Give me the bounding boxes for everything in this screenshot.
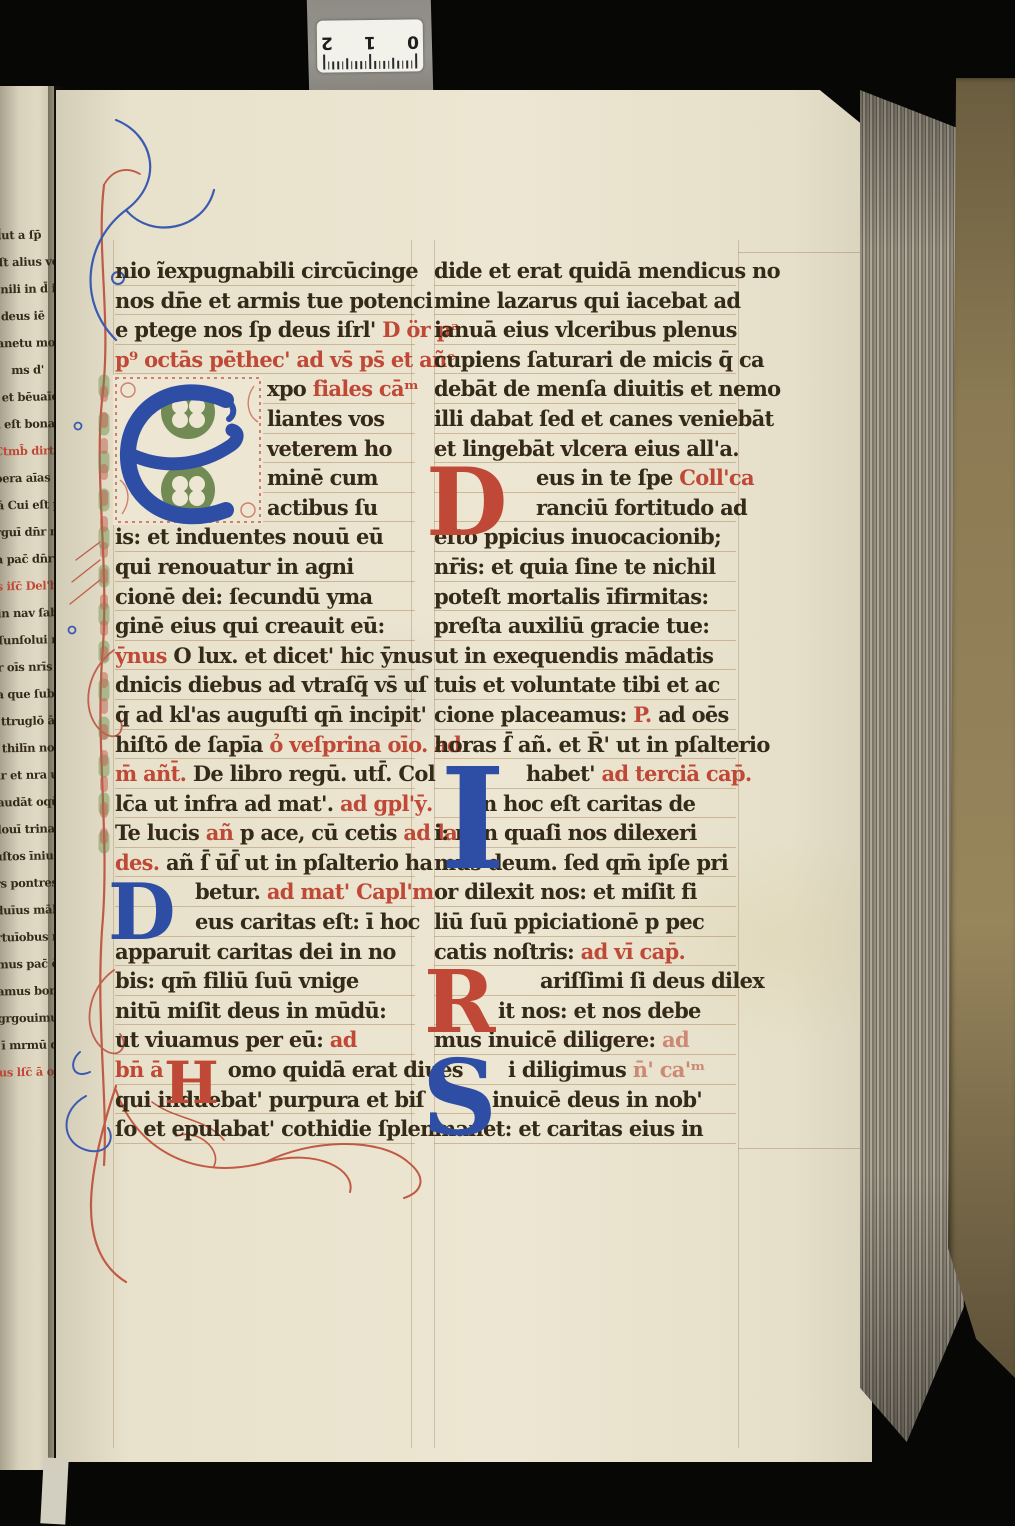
text-segment: p⁹ octās pēthec' ad vs̄ ps̄ et añᵉ xyxy=(115,347,455,372)
text-segment: cionē dei: ſecundū yma xyxy=(115,584,372,609)
text-line: bn̄ ā omo quidā erat diues xyxy=(115,1055,415,1085)
text-line: nos dn̄e et armis tue potenci xyxy=(115,286,415,316)
text-line: poteſt mortalis īfirmitas: xyxy=(434,582,736,612)
ruler-tick xyxy=(365,61,367,69)
facing-text-fragment: rs pontres tr xyxy=(0,869,54,897)
facing-text-fragment: s eſt alius vou xyxy=(0,248,42,276)
text-line: illi dabat ſed et canes veniebāt xyxy=(434,404,736,434)
ruler-tick xyxy=(374,61,376,69)
text-segment: tuis et voluntate tibi et ac xyxy=(434,672,720,697)
text-segment: betur. xyxy=(195,879,267,904)
page-edge-sliver xyxy=(40,1457,68,1524)
illuminated-initial-e xyxy=(112,374,264,526)
initial-d-blue: D xyxy=(108,874,176,952)
ruler-tick xyxy=(406,61,408,69)
text-segment: Coll'ca xyxy=(679,465,754,490)
text-segment: illi dabat ſed et canes veniebāt xyxy=(434,406,774,431)
text-segment: habet' xyxy=(526,761,601,786)
facing-text-fragment: ūa eſt bona uā xyxy=(0,410,45,438)
text-segment: preſta auxiliū gracie tue: xyxy=(434,613,709,638)
text-line: tuis et voluntate tibi et ac xyxy=(434,670,736,700)
text-segment: n̄' ca'ᵐ xyxy=(633,1057,705,1082)
book-cover xyxy=(948,78,1015,1378)
text-segment: fiales cāᵐ xyxy=(313,376,419,401)
initial-r-red: R xyxy=(424,960,495,1046)
text-segment: añ ſ̄ ūſ̄ ut in pſalterio ha xyxy=(166,850,432,875)
facing-text-fragment: us lſc̄ ā ơjut xyxy=(0,1058,54,1086)
ruler-tick xyxy=(388,61,390,69)
text-line: ianuā eius vlceribus plenus xyxy=(434,315,736,345)
ruler-number: 2 xyxy=(321,32,333,52)
facing-text-fragment: douī trinas xyxy=(0,815,54,843)
text-segment: n hoc eſt caritas de xyxy=(482,791,695,816)
text-line: liū ſuū ppiciationē p pec xyxy=(434,907,736,937)
facing-text-fragment: ubera aīas tib̄ xyxy=(0,464,47,492)
text-line: is: et induentes nouū eū xyxy=(115,522,415,552)
text-line: bis: qm̄ filiū ſuū vnige xyxy=(115,966,415,996)
facing-text-fragment: us nili in d̄ iē xyxy=(0,275,43,303)
ruler-ticks xyxy=(323,52,417,69)
facing-text-fragment: rtuīobus nōl xyxy=(0,923,54,951)
facing-text-fragment: t d̄ut a ſp̄ xyxy=(0,221,42,249)
text-segment: ſo et epulabat' cothidie ſplen xyxy=(115,1116,435,1141)
text-segment: is: et induentes nouū eū xyxy=(115,524,383,549)
text-segment: p ace, cū cetis xyxy=(240,820,404,845)
text-segment: ranciū fortitudo ad xyxy=(536,495,747,520)
ruler-tick xyxy=(323,55,325,70)
text-segment: ad xyxy=(330,1027,357,1052)
facing-text-fragment: amus bona tr xyxy=(0,977,54,1005)
facing-text-fragment: uin nav ſabbō xyxy=(0,599,49,627)
facing-text-fragment: t ſunſolui m̄ xyxy=(0,626,50,654)
text-segment: ariſſimi ſi deus dilex xyxy=(540,968,764,993)
text-segment: liū ſuū ppiciationē p pec xyxy=(434,909,704,934)
text-segment: ȳnus xyxy=(115,643,173,668)
text-line: Te lucis añ p ace, cū cetis ad lau xyxy=(115,818,415,848)
text-segment: cione placeamus: xyxy=(434,702,633,727)
manuscript-photo: 012 t d̄ut a ſp̄s eſt alius vouus nili i… xyxy=(0,0,1015,1526)
text-segment: veterem ho xyxy=(267,436,392,461)
facing-text-fragment: t ſanetu modo xyxy=(0,329,44,357)
facing-text-fragment: ar oīs nrīs m̄ xyxy=(0,653,51,681)
text-segment: debāt de menſa diuitis et nemo xyxy=(434,376,780,401)
text-line: dide et erat quidā mendicus no xyxy=(434,256,736,286)
ruler-tick xyxy=(342,61,344,69)
text-segment: nitū miſit deus in mūdū: xyxy=(115,998,386,1023)
ruler-tick xyxy=(351,61,353,69)
text-line: ut viuamus per eū: ad xyxy=(115,1025,415,1055)
text-line: hiſtō de ſapīa ỏ veſprina oīo. ad xyxy=(115,730,415,760)
facing-text-fragment: us deus iē xyxy=(0,302,43,330)
facing-text-fragment: duīus mālō xyxy=(0,896,54,924)
text-segment: ginē eius qui creauit eū: xyxy=(115,613,385,638)
text-segment: inuicē deus in nob' xyxy=(492,1087,702,1112)
ruler-tick xyxy=(402,61,404,69)
initial-i-blue: I xyxy=(440,750,506,890)
text-line: cione placeamus: P. ad oēs xyxy=(434,700,736,730)
ruler-tick xyxy=(360,61,362,69)
facing-text-fragment: as et bēuaīoīs xyxy=(0,383,45,411)
text-segment: bn̄ ā xyxy=(115,1057,170,1082)
text-segment: e ptege nos ſp deus iſrl' xyxy=(115,317,382,342)
text-segment: poteſt mortalis īfirmitas: xyxy=(434,584,708,609)
text-segment: nos dn̄e et armis tue potenci xyxy=(115,288,432,313)
text-segment: minē cum xyxy=(267,465,378,490)
ruler-tick xyxy=(416,53,418,68)
text-segment: m̄ añt̄. xyxy=(115,761,193,786)
text-segment: mine lazarus qui iacebat ad xyxy=(434,288,740,313)
text-line: nio ĩexpugnabili circūcinge xyxy=(115,256,415,286)
ruler-tick xyxy=(346,58,348,69)
text-segment: bis: qm̄ filiū ſuū vnige xyxy=(115,968,359,993)
text-segment: añ xyxy=(206,820,240,845)
ruler-tick xyxy=(369,54,371,69)
facing-text-fragment: laudāt oqūt xyxy=(0,788,53,816)
text-segment: ianuā eius vlceribus plenus xyxy=(434,317,737,342)
facing-page-text: t d̄ut a ſp̄s eſt alius vouus nili in d̄… xyxy=(0,221,54,1086)
text-segment: xpo xyxy=(267,376,313,401)
facing-text-fragment: s thilīn noſtn xyxy=(0,734,52,762)
text-segment: P. xyxy=(633,702,658,727)
text-line: q̄ ad kl'as auguſti qn̄ incipit' xyxy=(115,700,415,730)
facing-text-fragment: s ā Cui eſt p xyxy=(0,491,47,519)
facing-text-fragment: da pac̄ dn̄r u xyxy=(0,545,48,573)
text-line: preſta auxiliū gracie tue: xyxy=(434,611,736,641)
facing-text-fragment: uſtos īnius b̄ xyxy=(0,842,54,870)
text-segment: q̄ ad kl'as auguſti qn̄ incipit' xyxy=(115,702,426,727)
ruler-label: 012 xyxy=(317,19,424,72)
text-line: ut in exequendis mādatis xyxy=(434,641,736,671)
text-segment: liantes vos xyxy=(267,406,384,431)
text-line: ȳnus O lux. et dicet' hic ȳnus xyxy=(115,641,415,671)
initial-d-red: D xyxy=(426,456,508,550)
facing-text-fragment: mus pac̄ ōr̄d xyxy=(0,950,54,978)
text-line: nitū miſit deus in mūdū: xyxy=(115,996,415,1026)
text-segment: ut in exequendis mādatis xyxy=(434,643,713,668)
text-segment: dide et erat quidā mendicus no xyxy=(434,258,780,283)
text-line: e ptege nos ſp deus iſrl' D ör pᵃ xyxy=(115,315,415,345)
text-segment: ut viuamus per eū: xyxy=(115,1027,330,1052)
text-segment: qui induebat' purpura et biſ xyxy=(115,1087,424,1112)
text-line: mine lazarus qui iacebat ad xyxy=(434,286,736,316)
facing-text-fragment: ms d' xyxy=(0,356,44,384)
text-line: ſo et epulabat' cothidie ſplen xyxy=(115,1114,415,1144)
facing-text-fragment: ra que ſub ū xyxy=(0,680,51,708)
ruler-tick xyxy=(383,61,385,69)
initial-s-blue: S xyxy=(422,1046,497,1150)
ruler-tick xyxy=(397,61,399,69)
text-line: qui induebat' purpura et biſ xyxy=(115,1085,415,1115)
text-segment: ỏ veſprina oīo. ad xyxy=(269,732,461,757)
facing-text-fragment: ī mrmū d̄ xyxy=(0,1031,54,1059)
text-segment: nio ĩexpugnabili circūcinge xyxy=(115,258,418,283)
text-line: cupiens ſaturari de micis q̄ ca xyxy=(434,345,736,375)
text-segment: ad xyxy=(662,1027,689,1052)
facing-text-fragment: ur et nra uīt xyxy=(0,761,53,789)
text-segment: ad gpl'ȳ. xyxy=(340,791,433,816)
text-segment: eus caritas eſt: ī hoc xyxy=(195,909,420,934)
text-segment: it nos: et nos debe xyxy=(498,998,701,1023)
text-line: ginē eius qui creauit eū: xyxy=(115,611,415,641)
text-segment: qui renouatur in agni xyxy=(115,554,354,579)
ruler-tick xyxy=(337,61,339,69)
facing-text-fragment: r ttruglō ā ō xyxy=(0,707,52,735)
ruler-tick xyxy=(356,61,358,69)
text-segment: O lux. et dicet' hic ȳnus xyxy=(173,643,432,668)
ruler-tick xyxy=(379,61,381,69)
ruler-tick xyxy=(411,60,413,68)
text-line: qui renouatur in agni xyxy=(115,552,415,582)
facing-text-fragment: grgouimus a xyxy=(0,1004,54,1032)
text-segment: ad mat' Capl'm xyxy=(267,879,434,904)
text-segment: ad oēs xyxy=(658,702,729,727)
text-segment: lc̄a ut infra ad mat'. xyxy=(115,791,340,816)
text-line: p⁹ octās pēthec' ad vs̄ ps̄ et añᵉ xyxy=(115,345,415,375)
text-segment: Te lucis xyxy=(115,820,206,845)
ruler-tick xyxy=(328,61,330,69)
facing-text-fragment: grguī dn̄r n ō xyxy=(0,518,48,546)
text-segment: De libro regū. utſ̄. Col xyxy=(193,761,435,786)
text-line: debāt de menſa diuitis et nemo xyxy=(434,374,736,404)
text-segment: cupiens ſaturari de micis q̄ ca xyxy=(434,347,764,372)
ruler-tick xyxy=(333,61,335,69)
ruler-number: 0 xyxy=(407,31,419,51)
text-segment: ad vī cap̄. xyxy=(581,939,685,964)
text-line: m̄ añt̄. De libro regū. utſ̄. Col xyxy=(115,759,415,789)
text-segment: eus in te ſpe xyxy=(536,465,679,490)
ruler-numbers: 012 xyxy=(317,31,423,52)
text-segment: dnicis diebus ad vtraſq̄ vs̄ uſ xyxy=(115,672,426,697)
text-line: lc̄a ut infra ad mat'. ad gpl'ȳ. xyxy=(115,789,415,819)
text-segment: i diligimus xyxy=(508,1057,633,1082)
text-segment: ad terciā cap̄. xyxy=(601,761,751,786)
text-segment: hiſtō de ſapīa xyxy=(115,732,269,757)
ruler-number: 1 xyxy=(364,32,376,52)
text-line: cionē dei: ſecundū yma xyxy=(115,582,415,612)
text-line: dnicis diebus ad vtraſq̄ vs̄ uſ xyxy=(115,670,415,700)
facing-page-edge: t d̄ut a ſp̄s eſt alius vouus nili in d̄… xyxy=(0,86,54,1470)
text-segment: actibus ſu xyxy=(267,495,377,520)
ruler-tick xyxy=(393,58,395,69)
facing-text-fragment: us iſc̄ Del'ba xyxy=(0,572,49,600)
facing-text-fragment: ſ Ctmb̄ dirt xyxy=(0,437,46,465)
initial-h-red: H xyxy=(164,1054,219,1112)
ruler-card: 012 xyxy=(307,0,434,100)
